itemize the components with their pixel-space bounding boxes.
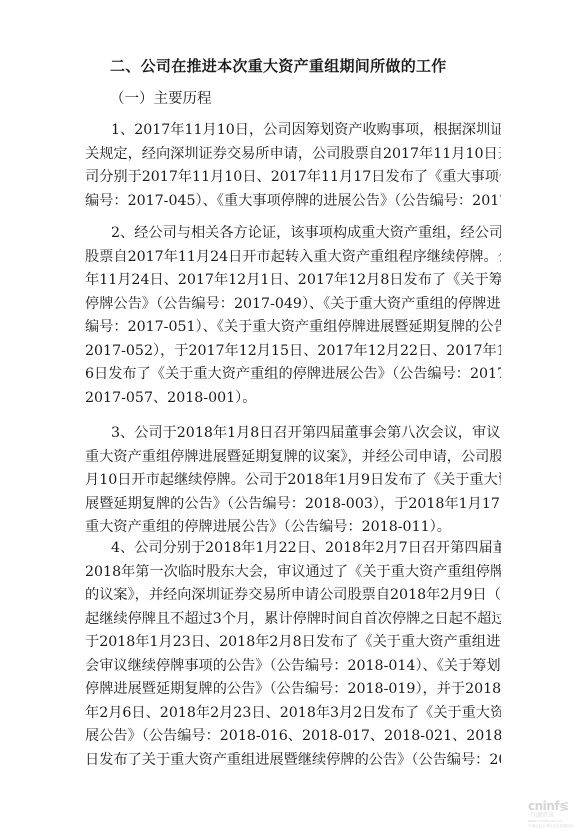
paragraph-line: 月10日开市起继续停牌。公司于2018年1月9日发布了《关于重大资产重组停牌进: [85, 469, 501, 493]
paragraph-line: 2017-052），于2017年12月15日、2017年12月22日、2017年…: [85, 340, 501, 364]
paragraph-2: 2、经公司与相关各方论证，该事项构成重大资产重组，经公司申请，公司 股票自201…: [85, 222, 501, 410]
paragraph-line: 重大资产重组停牌进展暨延期复牌的议案》，并经公司申请，公司股票自2018年1: [85, 446, 501, 470]
paragraph-4: 4、公司分别于2018年1月22日、2018年2月7日召开第四届董事会第九次会议…: [85, 537, 501, 772]
cninfo-logo-icon: ≶: [559, 799, 569, 813]
cninfo-logo: cninf≶: [528, 800, 586, 812]
paragraph-line: 2、经公司与相关各方论证，该事项构成重大资产重组，经公司申请，公司: [85, 222, 501, 246]
watermark-description: 中国证监会指定信息披露网站: [528, 824, 586, 829]
paragraph-line: 于2018年1月23日、2018年2月8日发布了《关于重大资产重组进展暨召开股东…: [85, 631, 501, 655]
paragraph-line: 编号：2017-051）、《关于重大资产重组停牌进展暨延期复牌的公告》（公告编号…: [85, 316, 501, 340]
paragraph-line: 停牌公告》（公告编号：2017-049）、《关于重大资产重组的停牌进展公告》（公…: [85, 293, 501, 317]
paragraph-line: 起继续停牌且不超过3个月，累计停牌时间自首次停牌之日起不超过6个月。公司: [85, 608, 501, 632]
paragraph-line: 编号：2017-045）、《重大事项停牌的进展公告》（公告编号：2017-048…: [85, 190, 501, 214]
cninfo-watermark: cninf≶ 巨潮资讯 www.cninfo.com.cn 中国证监会指定信息披…: [528, 800, 586, 836]
paragraph-line: 司分别于2017年11月10日、2017年11月17日发布了《重大事项停牌公告》…: [85, 166, 501, 190]
paragraph-line: 3、公司于2018年1月8日召开第四届董事会第八次会议，审议通过了《关于: [85, 422, 501, 446]
paragraph-line: 展公告》（公告编号：2018-016、2018-017、2018-021、201…: [85, 725, 501, 749]
paragraph-line: 1、2017年11月10日，公司因筹划资产收购事项，根据深圳证券交易所的相: [85, 119, 501, 143]
watermark-name: 巨潮资讯: [530, 812, 586, 819]
paragraph-line: 股票自2017年11月24日开市起转入重大资产重组程序继续停牌。公司分别于201…: [85, 246, 501, 270]
paragraph-line: 日发布了关于重大资产重组进展暨继续停牌的公告》（公告编号：2018-024），2…: [85, 749, 501, 773]
document-page: 二、公司在推进本次重大资产重组期间所做的工作 （一）主要历程 1、2017年11…: [0, 0, 587, 837]
cninfo-logo-text: cninf: [528, 799, 559, 813]
paragraph-line: 2017-057、2018-001）。: [85, 387, 501, 411]
paragraph-line: 会审议继续停牌事项的公告》（公告编号：2018-014）、《关于筹划重大资产重组: [85, 655, 501, 679]
paragraph-line: 2018年第一次临时股东大会，审议通过了《关于重大资产重组停牌期满继续停牌: [85, 561, 501, 585]
paragraph-1: 1、2017年11月10日，公司因筹划资产收购事项，根据深圳证券交易所的相 关规…: [85, 119, 501, 213]
paragraph-3: 3、公司于2018年1月8日召开第四届董事会第八次会议，审议通过了《关于 重大资…: [85, 422, 501, 540]
section-subheading: （一）主要历程: [110, 87, 212, 108]
paragraph-line: 4、公司分别于2018年1月22日、2018年2月7日召开第四届董事会第九次会议…: [85, 537, 501, 561]
paragraph-line: 停牌进展暨延期复牌的公告》（公告编号：2018-019），并于2018年1月30…: [85, 678, 501, 702]
paragraph-line: 年2月6日、2018年2月23日、2018年3月2日发布了《关于重大资产重组的停…: [85, 702, 501, 726]
paragraph-line: 关规定，经向深圳证券交易所申请，公司股票自2017年11月10日开市起停牌。公: [85, 143, 501, 167]
paragraph-line: 的议案》，并经向深圳证券交易所申请公司股票自2018年2月9日（星期五）开市: [85, 584, 501, 608]
paragraph-line: 年11月24日、2017年12月1日、2017年12月8日发布了《关于筹划重大资…: [85, 269, 501, 293]
paragraph-line: 重大资产重组的停牌进展公告》（公告编号：2018-011）。: [85, 516, 501, 540]
section-heading: 二、公司在推进本次重大资产重组期间所做的工作: [110, 55, 447, 76]
paragraph-line: 展暨延期复牌的公告》（公告编号：2018-003），于2018年1月17日发布了…: [85, 493, 501, 517]
paragraph-line: 6日发布了《关于重大资产重组的停牌进展公告》（公告编号：2017-053、201…: [85, 363, 501, 387]
